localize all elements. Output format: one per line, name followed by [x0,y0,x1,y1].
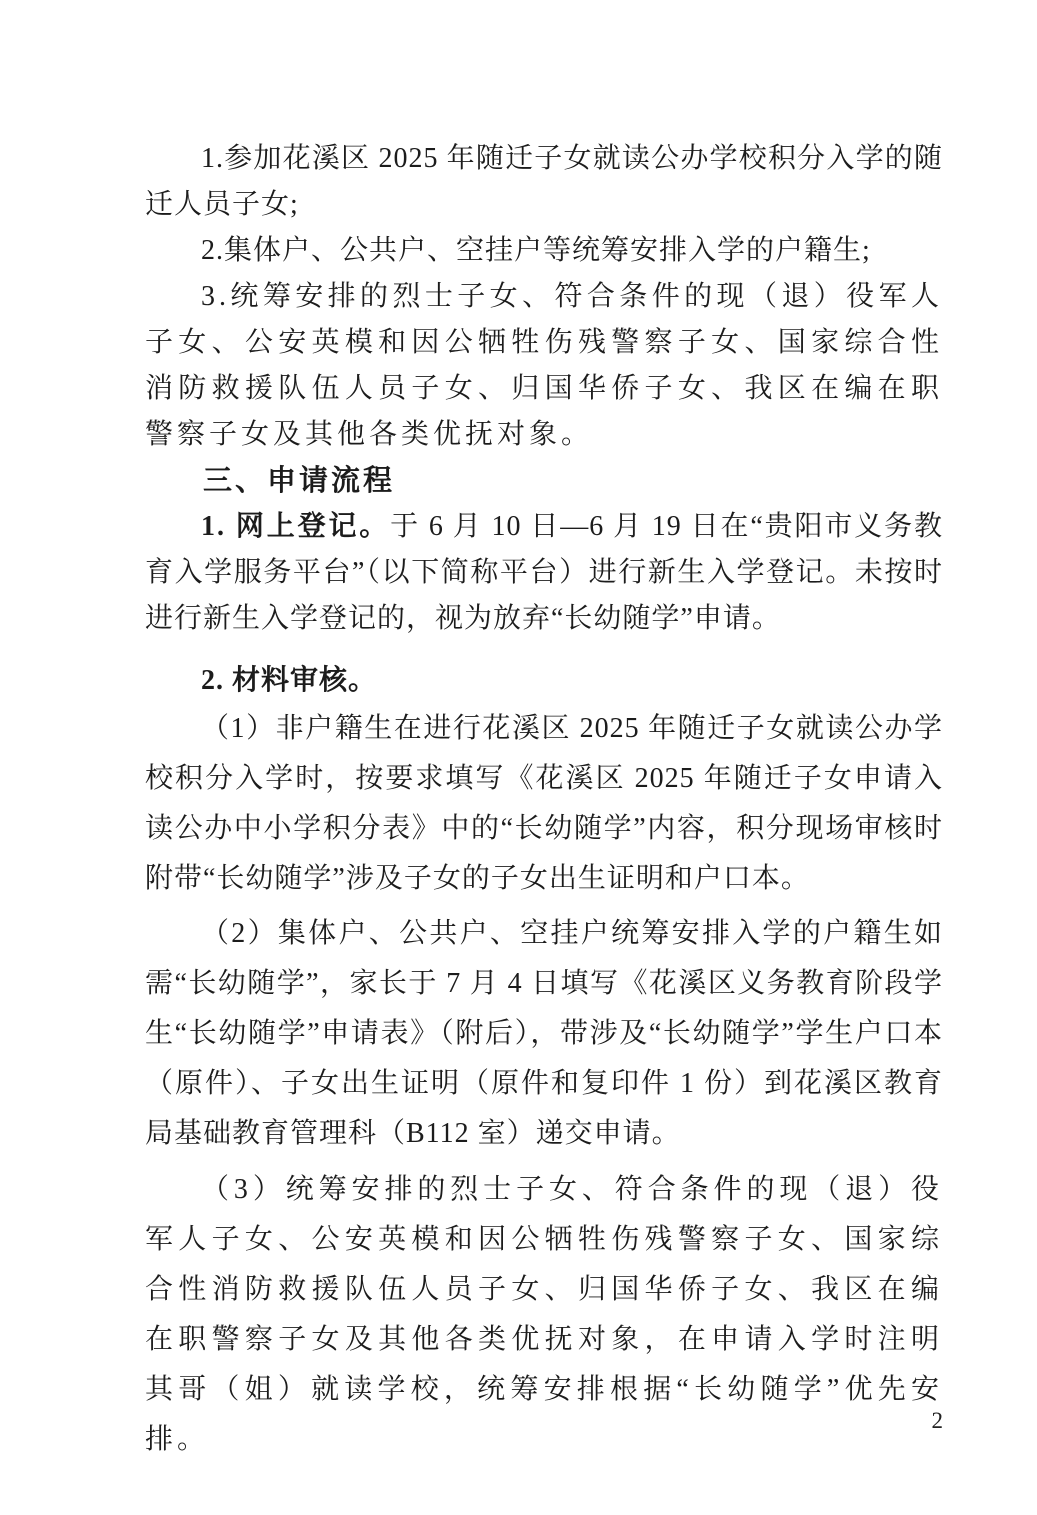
step2-label: 2. 材料审核。 [145,658,943,704]
section-heading-application-process: 三、申请流程 [145,458,943,504]
step1-label: 1. 网上登记。 [201,511,390,542]
document-page: 1.参加花溪区 2025 年随迁子女就读公办学校积分入学的随迁人员子女; 2.集… [0,0,1037,1515]
step1-paragraph: 1. 网上登记。于 6 月 10 日—6 月 19 日在“贵阳市义务教育入学服务… [145,504,943,642]
eligibility-item-2: 2.集体户、公共户、空挂户等统筹安排入学的户籍生; [145,228,943,274]
step2-item-3: （3）统筹安排的烈士子女、符合条件的现（退）役军人子女、公安英模和因公牺牲伤残警… [145,1165,943,1465]
page-number: 2 [932,1408,944,1434]
step2-item-2: （2）集体户、公共户、空挂户统筹安排入学的户籍生如需“长幼随学”，家长于 7 月… [145,909,943,1159]
eligibility-item-3: 3.统筹安排的烈士子女、符合条件的现（退）役军人子女、公安英模和因公牺牲伤残警察… [145,274,943,458]
document-body: 1.参加花溪区 2025 年随迁子女就读公办学校积分入学的随迁人员子女; 2.集… [145,136,943,1465]
eligibility-item-1: 1.参加花溪区 2025 年随迁子女就读公办学校积分入学的随迁人员子女; [145,136,943,228]
step2-item-1: （1）非户籍生在进行花溪区 2025 年随迁子女就读公办学校积分入学时，按要求填… [145,704,943,904]
